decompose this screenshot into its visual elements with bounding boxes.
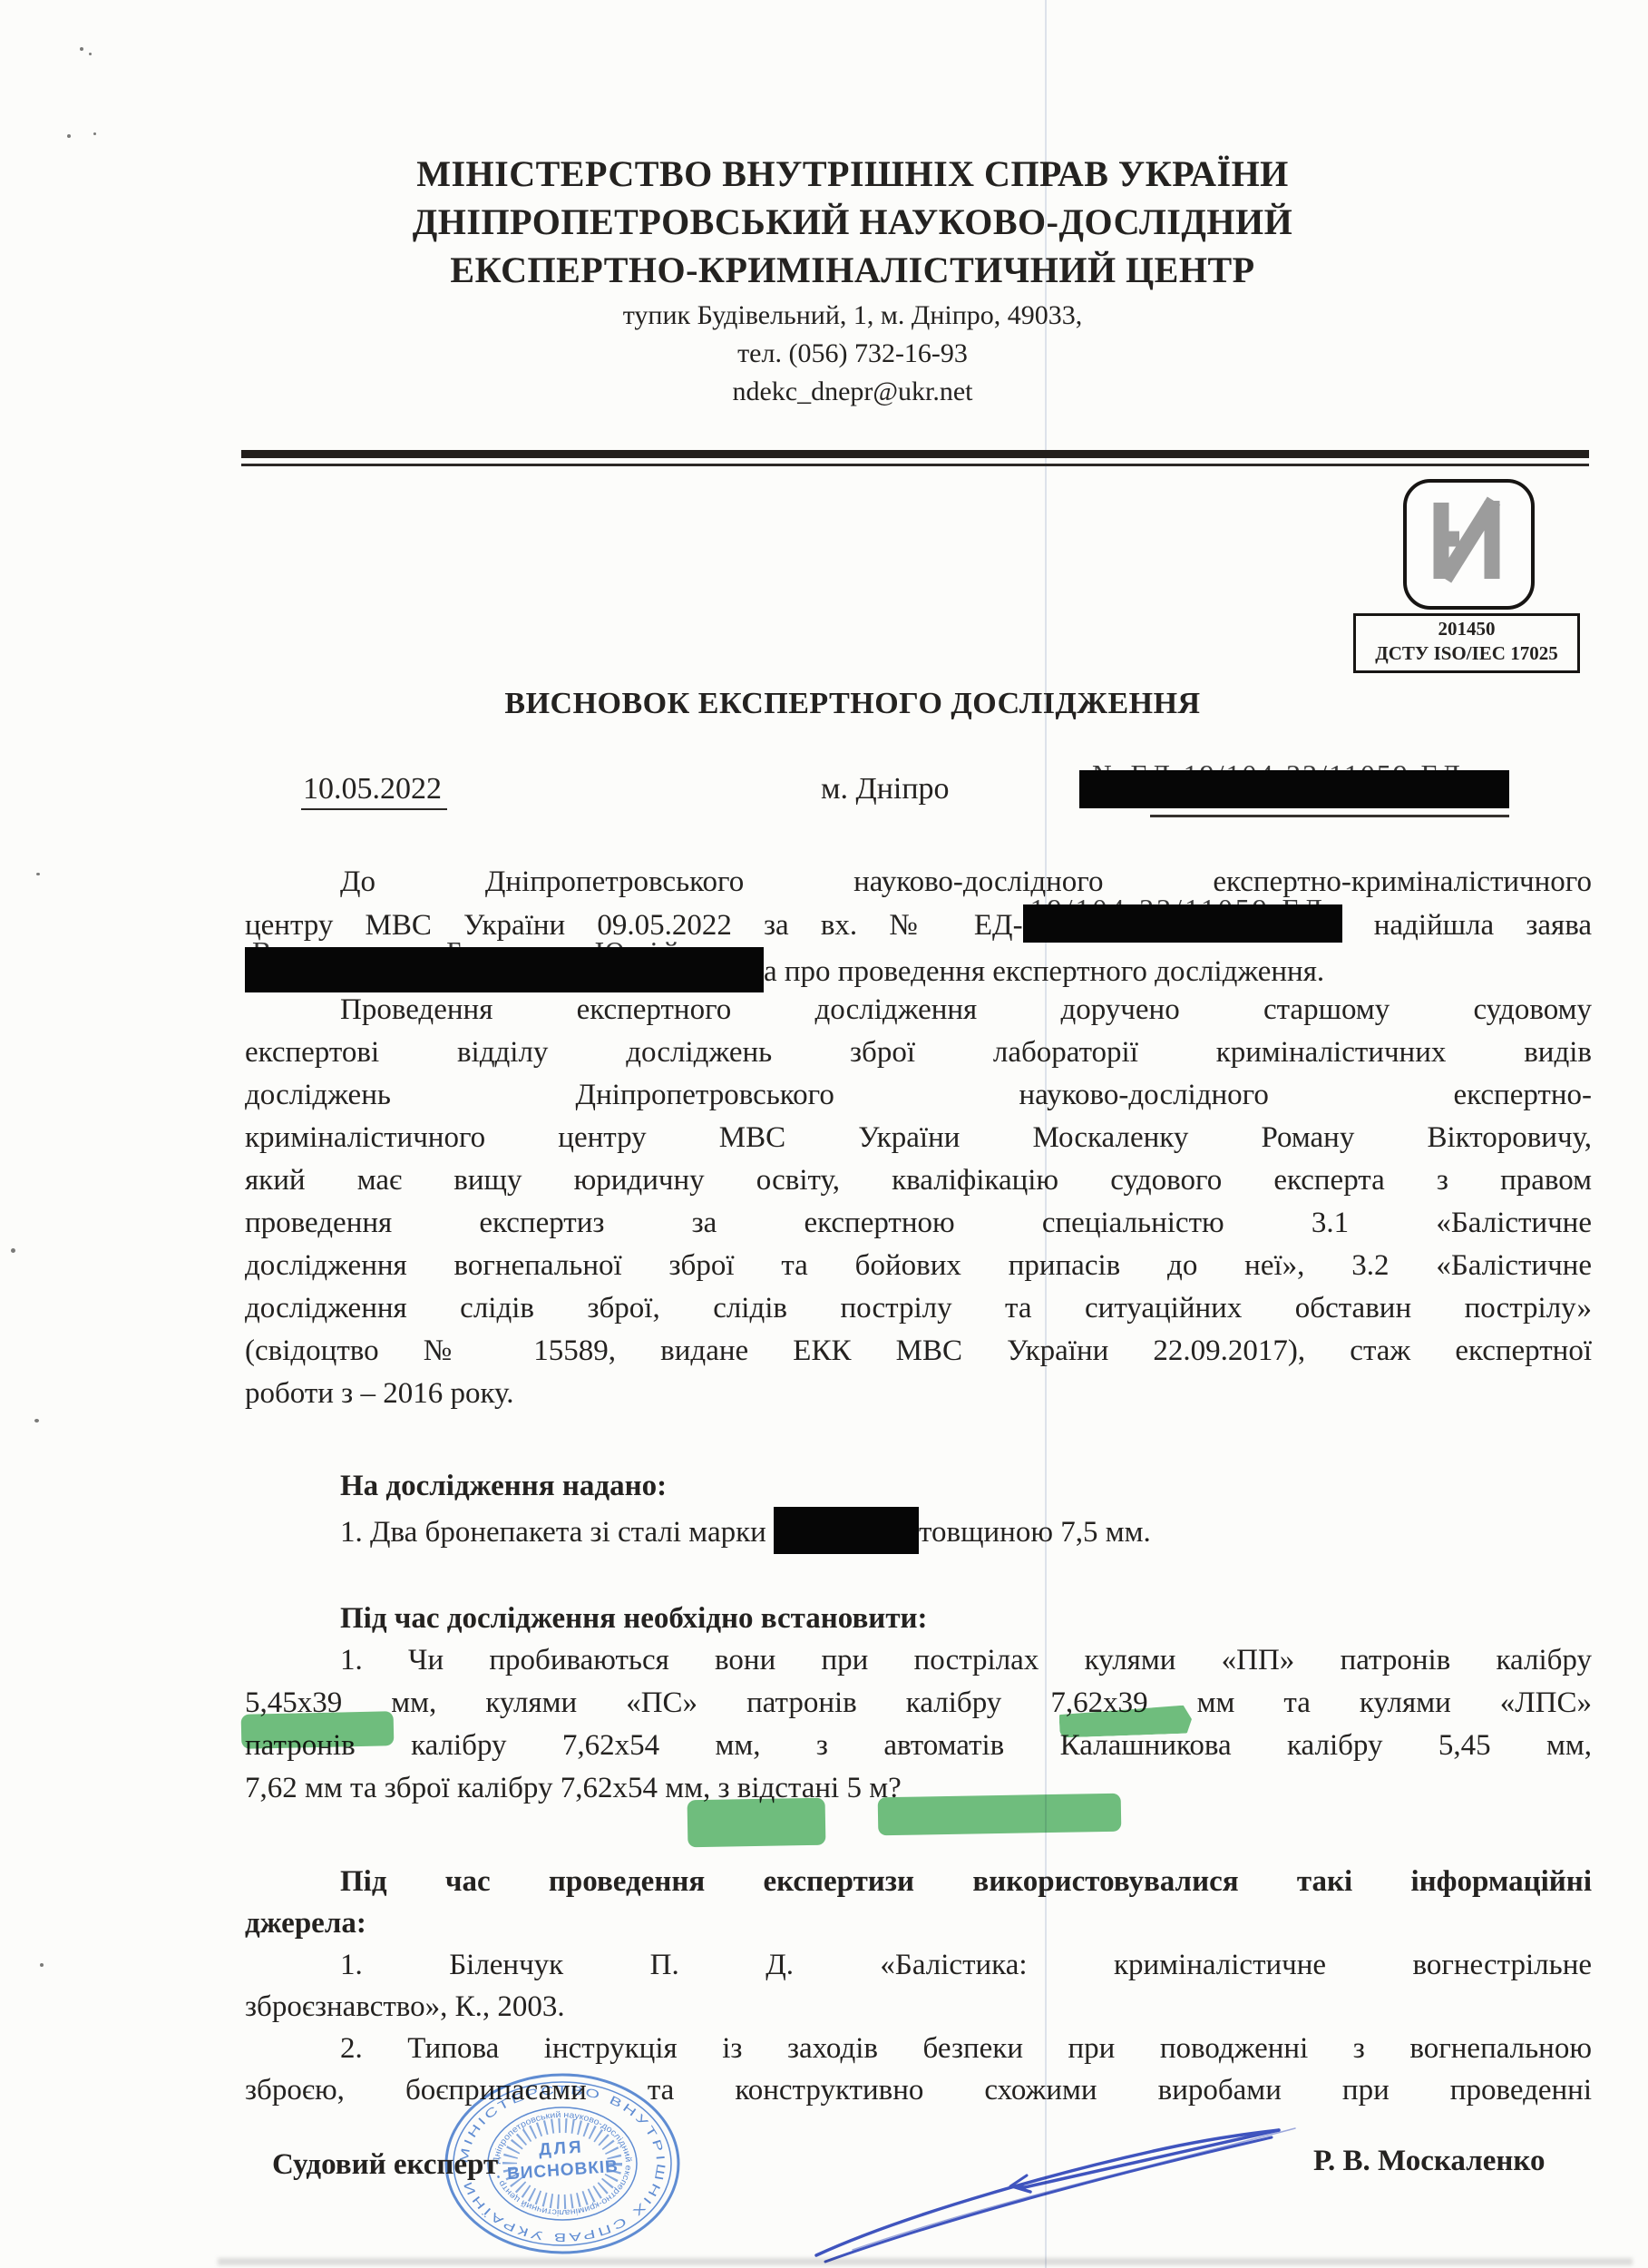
intro-line3-after: а про проведення експертного дослідження… [764,955,1324,988]
highlight-mark-7-62x54 [687,1798,826,1848]
divider-thick [241,450,1589,458]
intro-line-3: Воляненко Богдана Юрійовичаа про проведе… [245,947,1592,992]
provided-item-after: товщиною 7,5 мм. [919,1516,1151,1549]
sources-heading-line2: джерела: [245,1903,1592,1943]
intro-line-1: До Дніпропетровського науково-дослідного… [245,862,1592,902]
section-provided-heading: На дослідження надано: [245,1466,1592,1506]
sources-heading-line1: Під час проведення експертизи використов… [245,1862,1592,1901]
accreditation-standard: ДСТУ ISO/ІЕС 17025 [1356,641,1577,665]
org-name-line3: ЕКСПЕРТНО-КРИМІНАЛІСТИЧНИЙ ЦЕНТР [109,249,1596,291]
provided-item: 1. Два бронепакета зі сталі марки товщин… [245,1507,1592,1554]
handwritten-signature [798,2103,1324,2268]
document-city: м. Дніпро [821,772,950,807]
org-address: тупик Будівельний, 1, м. Дніпро, 49033, [109,300,1596,331]
scan-speck [34,1419,39,1422]
highlight-mark-distance [878,1794,1122,1836]
establish-line: патронів калібру 7,62х54 мм, з автоматів… [245,1725,1592,1765]
scan-speck [93,132,96,135]
expert-para-line: дослідження вогнепальної зброї та бойови… [245,1246,1592,1286]
signer-role: Судовий експерт [272,2148,498,2182]
accreditation-number: 201450 [1356,616,1577,641]
section-establish-heading: Під час дослідження необхідно встановити… [245,1598,1592,1638]
scan-speck [89,53,92,55]
scan-speck [40,1963,44,1967]
establish-line: 1. Чи пробиваються вони при пострілах ку… [245,1640,1592,1680]
redaction-bar-case-number: № ЕД-19/104-22/11059-ЕД [1079,770,1509,808]
org-name-line2: ДНІПРОПЕТРОВСЬКИЙ НАУКОВО-ДОСЛІДНИЙ [109,200,1596,243]
org-name-line1: МІНІСТЕРСТВО ВНУТРІШНІХ СПРАВ УКРАЇНИ [109,152,1596,195]
highlight-mark-5-45x39 [241,1711,395,1749]
redaction-peek-text: 19/104-22/11059-ЕД [1030,893,1325,904]
expert-para-line: який має вищу юридичну освіту, кваліфіка… [245,1160,1592,1200]
scan-speck [11,1248,15,1253]
expert-para-line: досліджень Дніпропетровського науково-до… [245,1075,1592,1115]
redaction-bar-steel-grade [774,1507,919,1554]
redaction-bar-name: Воляненко Богдана Юрійовича [245,947,764,992]
stamp-center-line1: ДЛЯ [538,2137,584,2159]
accreditation-logo [1403,479,1535,610]
scan-speck [67,134,71,138]
expert-para-line: проведення експертиз за експертною спеці… [245,1203,1592,1243]
expert-para-line: Проведення експертного дослідження доруч… [245,990,1592,1030]
expert-para-line: роботи з – 2016 року. [245,1374,1592,1413]
stamp-center-line2: ВИСНОВКІВ [506,2157,619,2185]
redaction-peek-text: Воляненко Богдана Юрійовича [252,935,783,947]
expert-para-line: експертові відділу досліджень зброї лабо… [245,1032,1592,1072]
expert-para-line: (свідоцтво № 15589, видане ЕКК МВС Украї… [245,1331,1592,1371]
source-1-line1: 1. Біленчук П. Д. «Балістика: криміналіс… [245,1945,1592,1985]
document-title: ВИСНОВОК ЕКСПЕРТНОГО ДОСЛІДЖЕННЯ [109,687,1596,721]
provided-item-text: 1. Два бронепакета зі сталі марки [340,1516,774,1549]
source-1-line2: зброєзнавство», К., 2003. [245,1987,1592,2027]
na-monogram-icon [1407,483,1524,599]
org-email: ndekc_dnepr@ukr.net [109,376,1596,407]
case-number-underline [1150,815,1509,817]
accreditation-box: 201450 ДСТУ ISO/ІЕС 17025 [1353,613,1580,673]
org-phone: тел. (056) 732-16-93 [109,338,1596,369]
expert-para-line: криміналістичного центру МВС України Мос… [245,1118,1592,1158]
establish-line: 5,45х39 мм, кулями «ПС» патронів калібру… [245,1683,1592,1723]
document-page: { "doc": { "header": { "line1": "МІНІСТЕ… [0,0,1648,2268]
expert-para-line: дослідження слідів зброї, слідів постріл… [245,1288,1592,1328]
redaction-bar-inline: 19/104-22/11059-ЕД [1023,904,1342,943]
intro-line2-after: надійшла заява [1374,909,1592,942]
scan-speck [80,47,83,51]
divider-thin [241,464,1589,466]
scan-speck [36,873,40,875]
signer-name: Р. В. Москаленко [1313,2145,1545,2178]
redaction-peek-text: № ЕД-19/104-22/11059-ЕД [1092,758,1462,770]
document-date: 10.05.2022 [301,772,447,810]
